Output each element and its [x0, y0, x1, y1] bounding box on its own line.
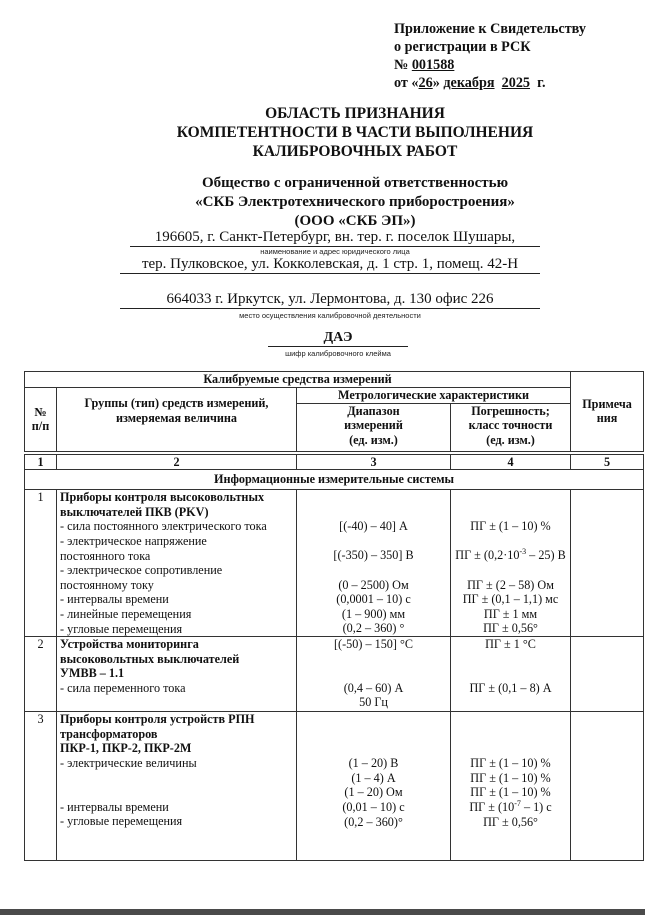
document-title: ОБЛАСТЬ ПРИЗНАНИЯ КОМПЕТЕНТНОСТИ В ЧАСТИ… [0, 104, 645, 161]
org-line: Общество с ограниченной ответственностью [0, 174, 645, 193]
column-number: 2 [57, 454, 297, 470]
range-value: (0,01 – 10) с [300, 800, 447, 815]
error-value: ПГ ± (1 – 10) % [454, 756, 567, 771]
header-metrological: Метрологические характеристики [297, 388, 571, 404]
date-day: 26 [419, 75, 433, 91]
date-year: 2025 [502, 75, 530, 91]
legal-address-caption: наименование и адрес юридического лица [130, 247, 540, 256]
error-value: ПГ ± 1 мм [452, 607, 569, 622]
range-value: (0,2 – 360)° [300, 815, 447, 830]
certificate-number: № 001588 [394, 56, 586, 74]
certificate-date: от «26» декабря 2025 г. [394, 74, 586, 92]
row-title: Приборы контроля устройств РПН [60, 712, 293, 727]
table-row: 2 Устройства мониторинга высоковольтных … [25, 637, 644, 712]
row-errors: ПГ ± (1 – 10) % ПГ ± (1 – 10) % ПГ ± (1 … [451, 712, 571, 861]
row-item: - электрическое напряжение [60, 534, 293, 549]
column-number: 4 [451, 454, 571, 470]
error-value: ПГ ± (0,1 – 1,1) мс [452, 592, 569, 607]
range-value: (0,4 – 60) А [300, 681, 447, 696]
row-item: - интервалы времени [60, 592, 293, 607]
row-item: - сила постоянного электрического тока [60, 519, 293, 534]
row-item: - электрические величины [60, 756, 293, 771]
table-row: 1 Приборы контроля высоковольтных выключ… [25, 490, 644, 637]
certificate-number-value: 001588 [412, 57, 455, 73]
range-value: (0 – 2500) Ом [300, 578, 447, 593]
row-notes [571, 637, 644, 712]
org-line: «СКБ Электротехнического приборостроения… [0, 193, 645, 212]
date-month: декабря [443, 75, 494, 91]
range-value: (1 – 4) А [300, 771, 447, 786]
legal-address-line2: тер. Пулковское, ул. Кокколевская, д. 1 … [120, 256, 540, 274]
viewer-bottom-bar [0, 909, 645, 915]
row-title: высоковольтных выключателей [60, 652, 293, 667]
row-description: Приборы контроля высоковольтных выключат… [57, 490, 297, 637]
header-num: № п/п [25, 388, 57, 452]
error-value: ПГ ± (1 – 10) % [454, 785, 567, 800]
range-value: (1 – 20) В [300, 756, 447, 771]
row-item: - электрическое сопротивление [60, 563, 293, 578]
row-item: - линейные перемещения [60, 607, 293, 622]
error-value: ПГ ± (10-7 – 1) с [454, 800, 567, 815]
error-value: ПГ ± 0,56° [452, 621, 569, 636]
row-notes [571, 490, 644, 637]
range-value: [(-350) – 350] В [300, 548, 447, 563]
row-description: Устройства мониторинга высоковольтных вы… [57, 637, 297, 712]
organization-name: Общество с ограниченной ответственностью… [0, 174, 645, 231]
cipher-caption: шифр калибровочного клейма [268, 349, 408, 358]
row-item: - угловые перемещения [60, 622, 293, 637]
row-errors: ПГ ± 1 °С ПГ ± (0,1 – 8) А [451, 637, 571, 712]
row-title: трансформаторов [60, 727, 293, 742]
error-value: ПГ ± (2 – 58) Ом [452, 578, 569, 593]
calibration-mark-cipher: ДАЭ [268, 330, 408, 347]
header-notes: Примеча ния [571, 372, 644, 452]
row-item: постоянному току [60, 578, 293, 593]
range-value: (1 – 900) мм [300, 607, 447, 622]
row-num: 1 [25, 490, 57, 637]
row-title: Приборы контроля высоковольтных [60, 490, 293, 505]
activity-address-caption: место осуществления калибровочной деятел… [120, 311, 540, 320]
row-ranges: (1 – 20) В (1 – 4) А (1 – 20) Ом (0,01 –… [297, 712, 451, 861]
error-value: ПГ ± (0,2·10-3 – 25) В [452, 548, 569, 563]
row-item: - угловые перемещения [60, 814, 293, 829]
appendix-line2: о регистрации в РСК [394, 38, 586, 56]
section-title: Информационные измерительные системы [25, 470, 644, 490]
appendix-header: Приложение к Свидетельству о регистрации… [394, 20, 586, 92]
error-value: ПГ ± 0,56° [454, 815, 567, 830]
title-line: ОБЛАСТЬ ПРИЗНАНИЯ [0, 104, 645, 123]
row-title: Устройства мониторинга [60, 637, 293, 652]
header-range: Диапазон измерений (ед. изм.) [297, 403, 451, 451]
row-ranges: [(-40) – 40] А [(-350) – 350] В (0 – 250… [297, 490, 451, 637]
row-description: Приборы контроля устройств РПН трансформ… [57, 712, 297, 861]
range-value: 50 Гц [300, 695, 447, 710]
header-error: Погрешность; класс точности (ед. изм.) [451, 403, 571, 451]
error-value: ПГ ± 1 °С [454, 637, 567, 652]
row-title: УМВВ – 1.1 [60, 666, 293, 681]
column-number: 3 [297, 454, 451, 470]
table-row: 3 Приборы контроля устройств РПН трансфо… [25, 712, 644, 861]
column-number: 5 [571, 454, 644, 470]
header-groups: Группы (тип) средств измерений, измеряем… [57, 388, 297, 452]
activity-address: 664033 г. Иркутск, ул. Лермонтова, д. 13… [120, 291, 540, 309]
error-value: ПГ ± (0,1 – 8) А [454, 681, 567, 696]
row-item: - сила переменного тока [60, 681, 293, 696]
row-num: 3 [25, 712, 57, 861]
row-num: 2 [25, 637, 57, 712]
row-errors: ПГ ± (1 – 10) % ПГ ± (0,2·10-3 – 25) В П… [451, 490, 571, 637]
range-value: [(-40) – 40] А [300, 519, 447, 534]
row-item: постоянного тока [60, 549, 293, 564]
row-title: выключателей ПКВ (PKV) [60, 505, 293, 520]
error-value: ПГ ± (1 – 10) % [452, 519, 569, 534]
title-line: КОМПЕТЕНТНОСТИ В ЧАСТИ ВЫПОЛНЕНИЯ [0, 123, 645, 142]
range-value: (0,0001 – 10) с [300, 592, 447, 607]
row-item: - интервалы времени [60, 800, 293, 815]
calibration-scope-table: Калибруемые средства измерений Примеча н… [24, 371, 644, 861]
range-value: [(-50) – 150] °С [300, 637, 447, 652]
title-line: КАЛИБРОВОЧНЫХ РАБОТ [0, 142, 645, 161]
error-value: ПГ ± (1 – 10) % [454, 771, 567, 786]
appendix-line1: Приложение к Свидетельству [394, 20, 586, 38]
header-calibrated-means: Калибруемые средства измерений [25, 372, 571, 388]
legal-address-line1: 196605, г. Санкт-Петербург, вн. тер. г. … [130, 229, 540, 247]
row-ranges: [(-50) – 150] °С (0,4 – 60) А 50 Гц [297, 637, 451, 712]
column-number: 1 [25, 454, 57, 470]
row-notes [571, 712, 644, 861]
row-title: ПКР-1, ПКР-2, ПКР-2М [60, 741, 293, 756]
range-value: (1 – 20) Ом [300, 785, 447, 800]
range-value: (0,2 – 360) ° [300, 621, 447, 636]
